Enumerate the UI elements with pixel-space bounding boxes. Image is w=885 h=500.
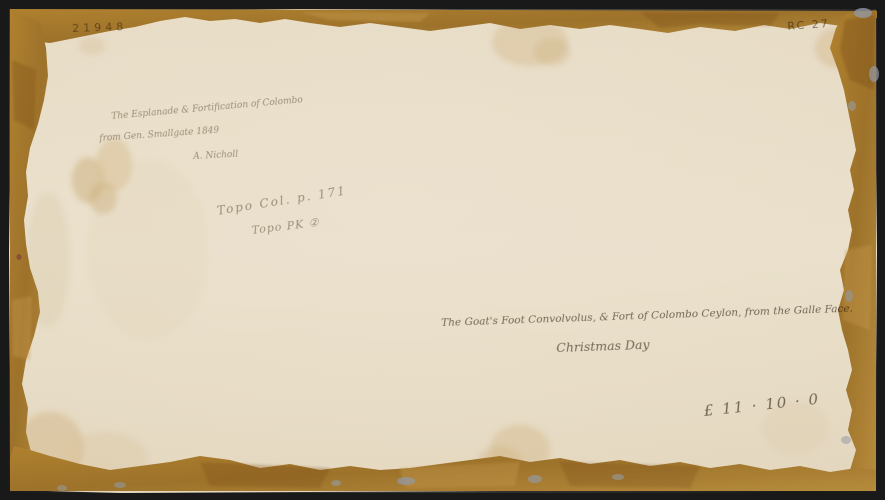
paper-artwork-graphic	[0, 0, 885, 500]
photographed-artwork-verso: 21948 RC 27 The Esplanade & Fortificatio…	[0, 0, 885, 500]
vignette	[9, 9, 877, 493]
